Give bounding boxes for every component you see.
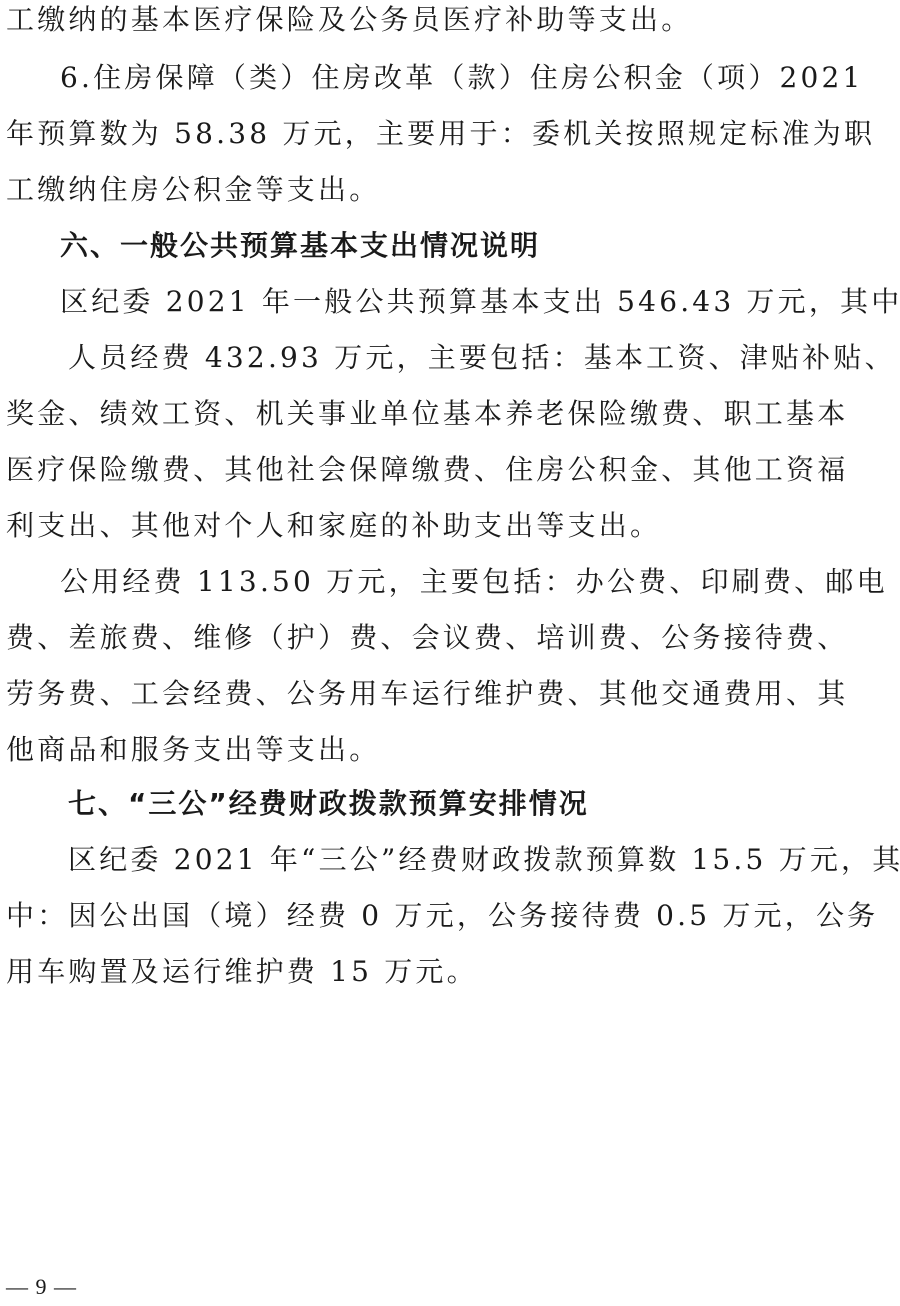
paragraph-line: 费、差旅费、维修（护）费、会议费、培训费、公务接待费、	[6, 618, 900, 658]
paragraph-line: 区纪委 2021 年一般公共预算基本支出 546.43 万元，其中：	[60, 282, 900, 322]
paragraph-line: 劳务费、工会经费、公务用车运行维护费、其他交通费用、其	[6, 674, 900, 714]
section-heading-7: 七、“三公”经费财政拨款预算安排情况	[68, 784, 900, 824]
paragraph-line: 中：因公出国（境）经费 0 万元，公务接待费 0.5 万元，公务	[6, 896, 900, 936]
paragraph-line: 利支出、其他对个人和家庭的补助支出等支出。	[6, 506, 900, 546]
paragraph-line: 公用经费 113.50 万元，主要包括：办公费、印刷费、邮电	[60, 562, 900, 602]
paragraph-line: 人员经费 432.93 万元，主要包括：基本工资、津贴补贴、	[68, 338, 900, 378]
section-heading-6: 六、一般公共预算基本支出情况说明	[60, 226, 900, 266]
paragraph-line: 他商品和服务支出等支出。	[6, 730, 900, 770]
paragraph-line: 6.住房保障（类）住房改革（款）住房公积金（项）2021	[60, 58, 900, 98]
page-number: — 9 —	[6, 1272, 77, 1302]
paragraph-line: 工缴纳的基本医疗保险及公务员医疗补助等支出。	[6, 0, 900, 40]
paragraph-line: 用车购置及运行维护费 15 万元。	[6, 952, 900, 992]
document-page: 工缴纳的基本医疗保险及公务员医疗补助等支出。 6.住房保障（类）住房改革（款）住…	[0, 0, 900, 1306]
paragraph-line: 奖金、绩效工资、机关事业单位基本养老保险缴费、职工基本	[6, 394, 900, 434]
paragraph-line: 年预算数为 58.38 万元，主要用于：委机关按照规定标准为职	[6, 114, 900, 154]
paragraph-line: 区纪委 2021 年“三公”经费财政拨款预算数 15.5 万元，其	[68, 840, 900, 880]
paragraph-line: 医疗保险缴费、其他社会保障缴费、住房公积金、其他工资福	[6, 450, 900, 490]
paragraph-line: 工缴纳住房公积金等支出。	[6, 170, 900, 210]
